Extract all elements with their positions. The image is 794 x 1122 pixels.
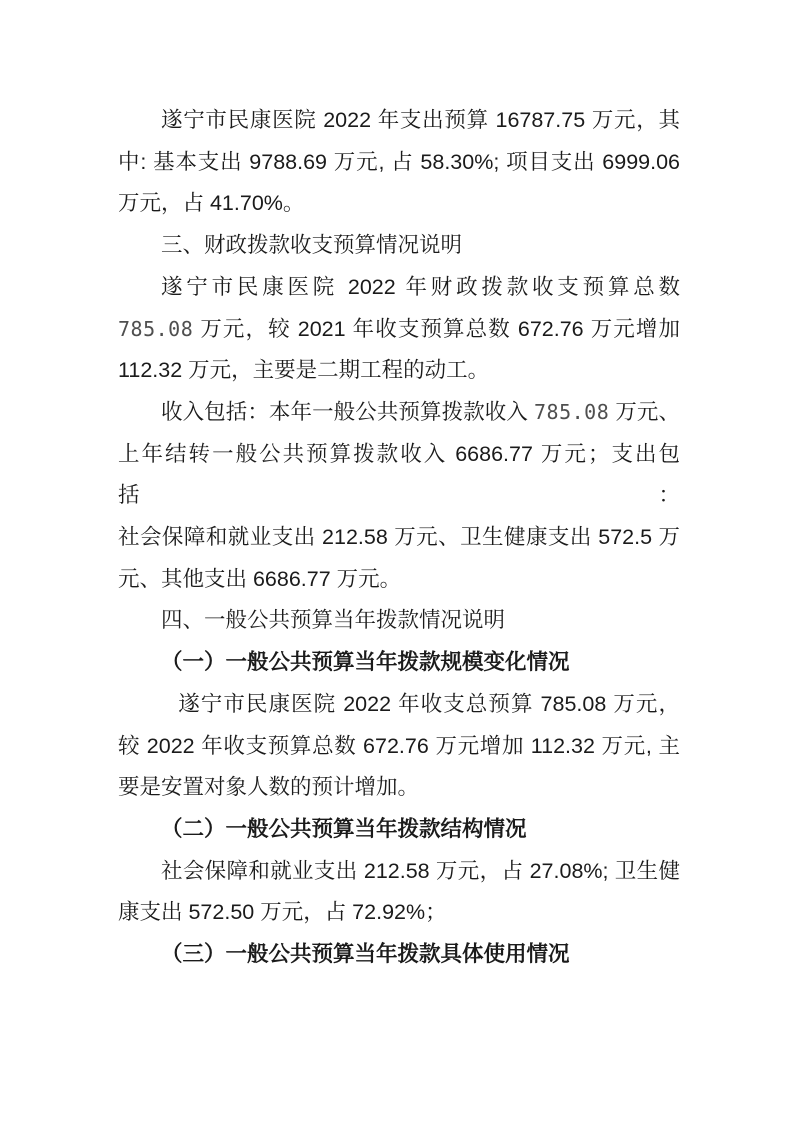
text-segment: 三、财政拨款收支预算情况说明	[161, 233, 462, 257]
text-segment: 万元，较 2021 年收支预算总数 672.76 万元增加	[193, 317, 680, 341]
text-line: 上年结转一般公共预算拨款收入 6686.77 万元；支出包括：	[118, 434, 680, 517]
text-line: 要是安置对象人数的预计增加。	[118, 767, 680, 809]
text-line: 社会保障和就业支出 212.58 万元、卫生健康支出 572.5 万	[118, 517, 680, 559]
text-segment: 康支出 572.50 万元，占 72.92%；	[118, 900, 447, 924]
text-line: 元、其他支出 6686.77 万元。	[118, 559, 680, 601]
para-structure-detail: 社会保障和就业支出 212.58 万元，占 27.08%; 卫生健康支出 572…	[118, 851, 680, 934]
text-line: 三、财政拨款收支预算情况说明	[118, 225, 680, 267]
text-line: 遂宁市民康医院 2022 年支出预算 16787.75 万元，其	[118, 100, 680, 142]
text-segment: 112.32 万元，主要是二期工程的动工。	[118, 358, 489, 382]
text-line: （一）一般公共预算当年拨款规模变化情况	[118, 642, 680, 684]
document-body: 遂宁市民康医院 2022 年支出预算 16787.75 万元，其中: 基本支出 …	[0, 0, 794, 976]
text-segment: 收入包括：本年一般公共预算拨款收入	[161, 400, 534, 424]
text-line: 遂宁市民康医院 2022 年收支总预算 785.08 万元，	[118, 684, 680, 726]
text-segment: （三）一般公共预算当年拨款具体使用情况	[161, 942, 570, 966]
text-segment: （一）一般公共预算当年拨款规模变化情况	[161, 650, 570, 674]
typewriter-number: 785.08	[118, 317, 193, 341]
text-line: 785.08 万元，较 2021 年收支预算总数 672.76 万元增加	[118, 309, 680, 351]
text-segment: 遂宁市民康医院 2022 年财政拨款收支预算总数	[161, 275, 680, 299]
para-fiscal-appropriation-total: 遂宁市民康医院 2022 年财政拨款收支预算总数785.08 万元，较 2021…	[118, 267, 680, 392]
text-line: 四、一般公共预算当年拨款情况说明	[118, 600, 680, 642]
subheading-two-structure: （二）一般公共预算当年拨款结构情况	[118, 809, 680, 851]
text-line: 万元，占 41.70%。	[118, 183, 680, 225]
text-line: 社会保障和就业支出 212.58 万元，占 27.08%; 卫生健	[118, 851, 680, 893]
subheading-one-scale-change: （一）一般公共预算当年拨款规模变化情况	[118, 642, 680, 684]
text-segment: 四、一般公共预算当年拨款情况说明	[161, 608, 505, 632]
text-segment: 社会保障和就业支出 212.58 万元、卫生健康支出 572.5 万	[118, 525, 680, 549]
text-line: 112.32 万元，主要是二期工程的动工。	[118, 350, 680, 392]
para-scale-change-detail: 遂宁市民康医院 2022 年收支总预算 785.08 万元，较 2022 年收支…	[118, 684, 680, 809]
para-income-and-expenditure-breakdown: 收入包括：本年一般公共预算拨款收入 785.08 万元、上年结转一般公共预算拨款…	[118, 392, 680, 601]
text-segment: 要是安置对象人数的预计增加。	[118, 775, 419, 799]
text-line: 较 2022 年收支预算总数 672.76 万元增加 112.32 万元, 主	[118, 726, 680, 768]
para-expenditure-budget-overview: 遂宁市民康医院 2022 年支出预算 16787.75 万元，其中: 基本支出 …	[118, 100, 680, 225]
text-line: 遂宁市民康医院 2022 年财政拨款收支预算总数	[118, 267, 680, 309]
text-segment: 社会保障和就业支出 212.58 万元，占 27.08%; 卫生健	[161, 859, 680, 883]
heading-section-three-fiscal-appropriation: 三、财政拨款收支预算情况说明	[118, 225, 680, 267]
text-segment: 中: 基本支出 9788.69 万元, 占 58.30%; 项目支出 6999.…	[118, 150, 680, 174]
typewriter-number: 785.08	[534, 400, 609, 424]
text-segment: 万元，占 41.70%。	[118, 191, 304, 215]
text-line: （二）一般公共预算当年拨款结构情况	[118, 809, 680, 851]
text-line: （三）一般公共预算当年拨款具体使用情况	[118, 934, 680, 976]
text-line: 收入包括：本年一般公共预算拨款收入 785.08 万元、	[118, 392, 680, 434]
text-line: 康支出 572.50 万元，占 72.92%；	[118, 892, 680, 934]
text-segment: 元、其他支出 6686.77 万元。	[118, 567, 401, 591]
text-segment: 遂宁市民康医院 2022 年收支总预算 785.08 万元，	[178, 692, 680, 716]
text-segment: 万元、	[609, 400, 680, 424]
text-segment: 上年结转一般公共预算拨款收入 6686.77 万元；支出包括：	[118, 442, 680, 508]
text-segment: 较 2022 年收支预算总数 672.76 万元增加 112.32 万元, 主	[118, 734, 680, 758]
subheading-three-specific-use: （三）一般公共预算当年拨款具体使用情况	[118, 934, 680, 976]
document-page: 遂宁市民康医院 2022 年支出预算 16787.75 万元，其中: 基本支出 …	[0, 0, 794, 1122]
heading-section-four-general-public-budget: 四、一般公共预算当年拨款情况说明	[118, 600, 680, 642]
text-line: 中: 基本支出 9788.69 万元, 占 58.30%; 项目支出 6999.…	[118, 142, 680, 184]
text-segment: 遂宁市民康医院 2022 年支出预算 16787.75 万元，其	[161, 108, 680, 132]
text-segment: （二）一般公共预算当年拨款结构情况	[161, 817, 527, 841]
